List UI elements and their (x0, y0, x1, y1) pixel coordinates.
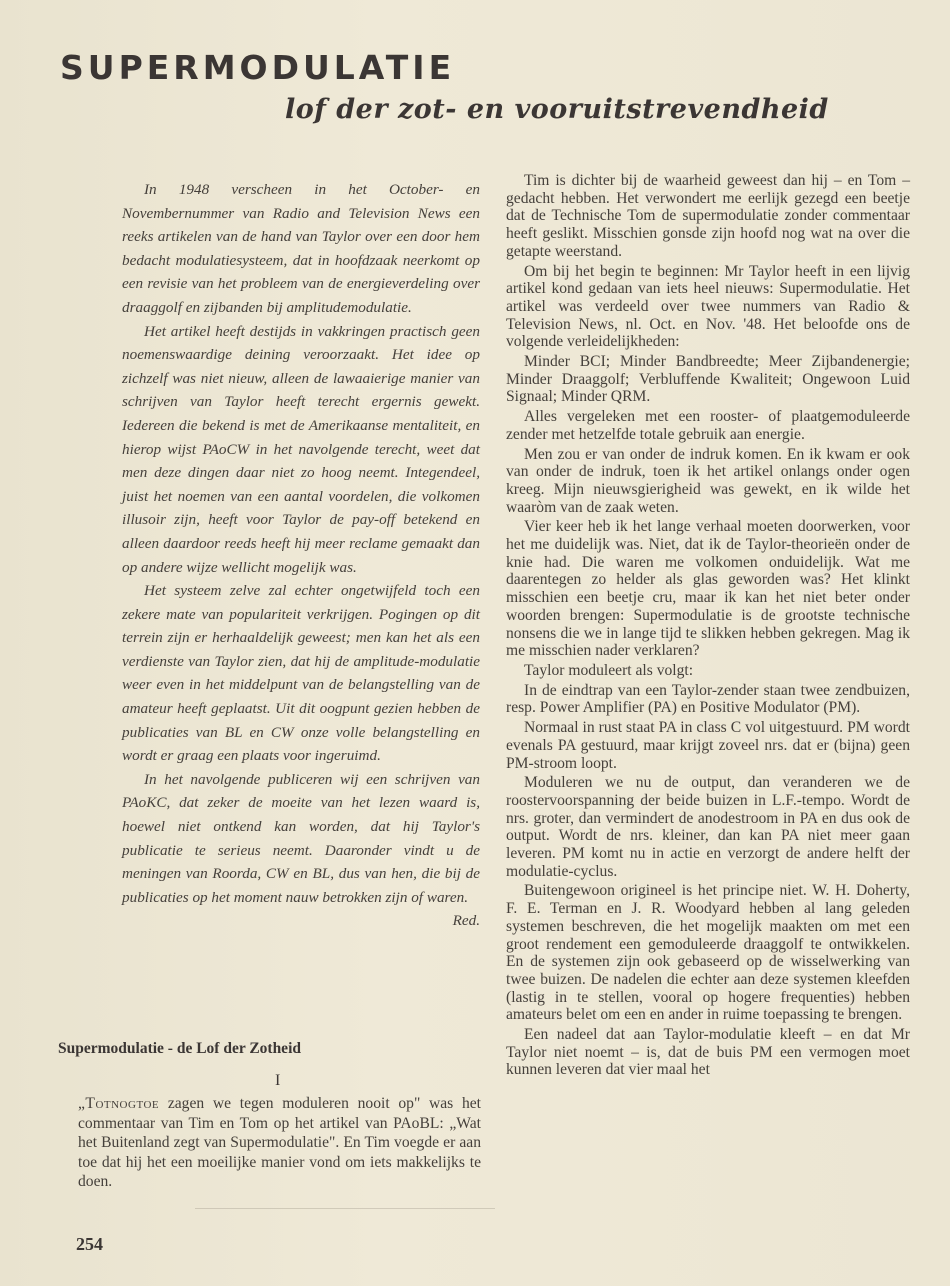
body-paragraph: Om bij het begin te beginnen: Mr Taylor … (506, 263, 910, 352)
divider-rule (195, 1208, 495, 1209)
editorial-paragraph: Het artikel heeft destijds in vakkringen… (122, 320, 480, 580)
section-number: I (275, 1072, 280, 1090)
body-paragraph: Moduleren we nu de output, dan verandere… (506, 774, 910, 880)
body-paragraph: Buitengewoon origineel is het principe n… (506, 882, 910, 1024)
page-number: 254 (76, 1234, 103, 1255)
editorial-paragraph: In het navolgende publiceren wij een sch… (122, 768, 480, 910)
article-title: SUPERMODULATIE (60, 48, 455, 87)
section-body: „Totnogtoe zagen we tegen moduleren nooi… (78, 1094, 481, 1192)
section-heading: Supermodulatie - de Lof der Zotheid (58, 1040, 301, 1058)
body-paragraph: Vier keer heb ik het lange verhaal moete… (506, 518, 910, 660)
article-subtitle: lof der zot- en vooruitstrevendheid (285, 94, 829, 125)
section-opening-paragraph: „Totnogtoe zagen we tegen moduleren nooi… (78, 1094, 481, 1192)
body-paragraph: Minder BCI; Minder Bandbreedte; Meer Zij… (506, 353, 910, 406)
body-paragraph: Taylor moduleert als volgt: (506, 662, 910, 680)
right-column: Tim is dichter bij de waarheid geweest d… (506, 172, 910, 1081)
body-paragraph: Alles vergeleken met een rooster- of pla… (506, 408, 910, 443)
body-paragraph: Men zou er van onder de indruk komen. En… (506, 446, 910, 517)
body-paragraph: Normaal in rust staat PA in class C vol … (506, 719, 910, 772)
editorial-intro: In 1948 verscheen in het October- en Nov… (122, 178, 480, 933)
editorial-paragraph: Het systeem zelve zal echter ongetwijfel… (122, 579, 480, 768)
body-paragraph: In de eindtrap van een Taylor-zender sta… (506, 682, 910, 717)
body-paragraph: Tim is dichter bij de waarheid geweest d… (506, 172, 910, 261)
magazine-page: SUPERMODULATIE lof der zot- en vooruitst… (0, 0, 950, 1286)
opening-smallcaps: „Totnogtoe (78, 1095, 159, 1112)
body-paragraph: Een nadeel dat aan Taylor-modulatie klee… (506, 1026, 910, 1079)
editorial-signature: Red. (122, 909, 480, 933)
editorial-paragraph: In 1948 verscheen in het October- en Nov… (122, 178, 480, 320)
